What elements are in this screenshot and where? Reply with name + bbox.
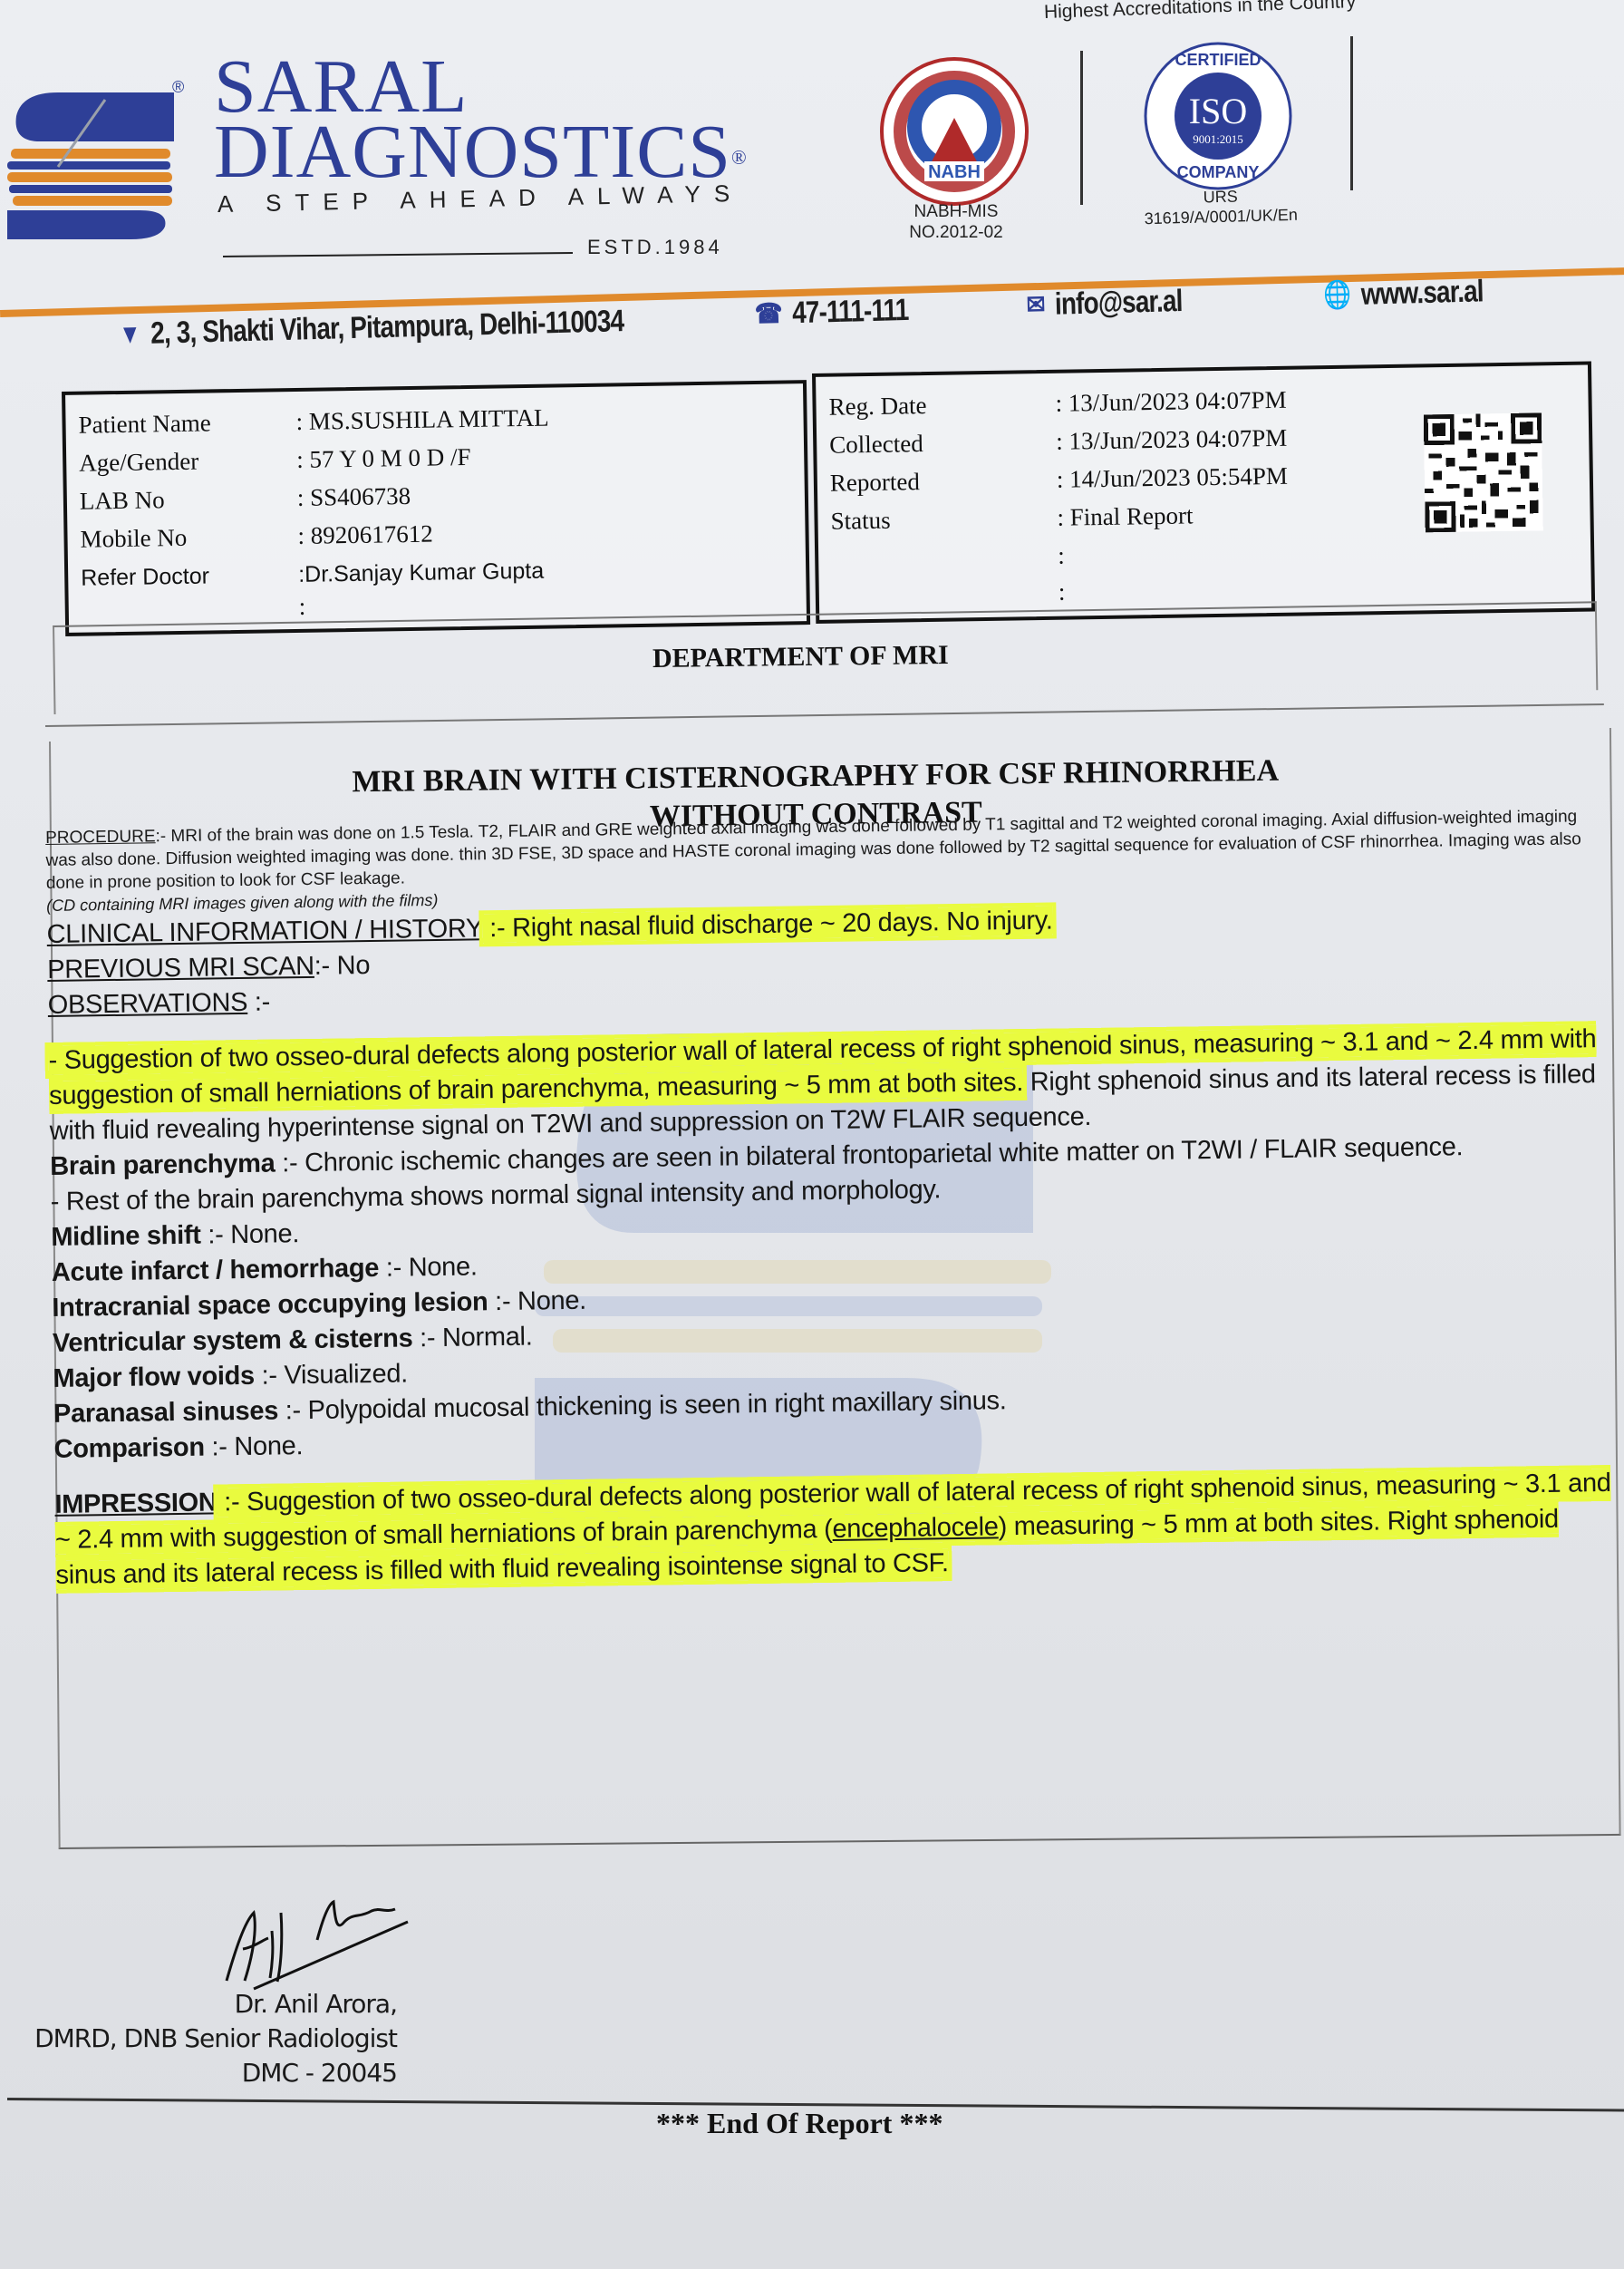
established-year: ESTD.1984 (587, 236, 723, 259)
iso-caption-line-2: 31619/A/0001/UK/En (1116, 204, 1325, 229)
impression-label: IMPRESSION (54, 1488, 217, 1518)
blank-row: : (82, 593, 306, 625)
nabh-text: NABH (928, 162, 981, 182)
phone-icon: ☎ (754, 298, 782, 331)
svg-text:COMPANY: COMPANY (1177, 163, 1260, 181)
signatory-qualification: DMRD, DNB Senior Radiologist (16, 2022, 397, 2056)
previous-label: PREVIOUS MRI SCAN (47, 952, 314, 984)
email-text[interactable]: info@sar.al (1054, 284, 1183, 323)
iso-caption: URS 31619/A/0001/UK/En (1116, 184, 1325, 229)
qr-code-icon[interactable] (1422, 412, 1545, 532)
email: ✉ info@sar.al (1026, 284, 1183, 323)
registered-mark: ® (731, 146, 748, 169)
signatory-block: Dr. Anil Arora, DMRD, DNB Senior Radiolo… (16, 1987, 397, 2090)
address: ▼ 2, 3, Shakti Vihar, Pitampura, Delhi-1… (119, 304, 624, 353)
reported-row: Reported: 14/Jun/2023 05:54PM (830, 462, 1288, 498)
procedure-label: PROCEDURE (45, 827, 156, 848)
accreditations-title: Highest Accreditations in the Country (1044, 0, 1357, 24)
clinical-label: CLINICAL INFORMATION / HISTORY (46, 914, 482, 949)
observations-label: OBSERVATIONS (48, 988, 248, 1020)
patient-name-row: Patient Name: MS.SUSHILA MITTAL (78, 404, 549, 440)
age-gender-row: Age/Gender: 57 Y 0 M 0 D /F (79, 443, 471, 478)
previous-text: :- No (314, 951, 371, 981)
impression-text: :- Suggestion of two osseo-dural defects… (55, 1469, 1611, 1590)
iso-badge-icon: ISO 9001:2015 CERTIFIED COMPANY (1142, 40, 1294, 192)
blank-row: : (832, 578, 1066, 610)
contact-bar: ▼ 2, 3, Shakti Vihar, Pitampura, Delhi-1… (109, 255, 1523, 346)
status-row: Status: Final Report (830, 501, 1193, 535)
signatory-registration: DMC - 20045 (16, 2056, 397, 2090)
encephalocele-underlined: encephalocele (832, 1512, 999, 1544)
accreditation-divider (1350, 36, 1353, 190)
address-text: 2, 3, Shakti Vihar, Pitampura, Delhi-110… (150, 304, 624, 352)
nabh-badge-icon: NABH (877, 54, 1031, 208)
iso-standard: 9001:2015 (1193, 132, 1243, 146)
report-info-box: Reg. Date: 13/Jun/2023 04:07PM Collected… (812, 361, 1595, 623)
saral-logo-icon (4, 83, 176, 239)
blank-row: : (831, 542, 1065, 574)
brand-name: SARAL DIAGNOSTICS® (214, 54, 748, 185)
department-title: DEPARTMENT OF MRI (652, 640, 949, 674)
iso-text: ISO (1189, 91, 1247, 131)
globe-icon: 🌐 (1323, 279, 1351, 312)
phone: ☎ 47-111-111 (754, 293, 909, 332)
location-pin-icon: ▼ (119, 319, 140, 351)
svg-text:CERTIFIED: CERTIFIED (1174, 51, 1261, 69)
clinical-text: :- Right nasal fluid discharge ~ 20 days… (482, 906, 1053, 943)
nabh-caption-line-1: NABH-MIS (888, 201, 1024, 222)
reg-date-row: Reg. Date: 13/Jun/2023 04:07PM (828, 386, 1286, 422)
phone-text: 47-111-111 (792, 293, 909, 331)
envelope-icon: ✉ (1026, 289, 1045, 322)
end-of-report: *** End Of Report *** (656, 2107, 942, 2140)
refer-doctor-row: Refer Doctor:Dr.Sanjay Kumar Gupta (81, 557, 544, 592)
signature-icon (217, 1895, 417, 1994)
report-body: PROCEDURE:- MRI of the brain was done on… (45, 805, 1615, 1594)
collected-row: Collected: 13/Jun/2023 04:07PM (829, 424, 1287, 460)
patient-info-box: Patient Name: MS.SUSHILA MITTAL Age/Gend… (62, 380, 810, 636)
mobile-no-row: Mobile No: 8920617612 (80, 520, 433, 554)
impression: IMPRESSION :- Suggestion of two osseo-du… (54, 1466, 1614, 1594)
lab-no-row: LAB No: SS406738 (80, 482, 411, 516)
website: 🌐 www.sar.al (1323, 274, 1484, 314)
registered-mark: ® (172, 78, 184, 97)
nabh-caption-line-2: NO.2012-02 (888, 222, 1024, 243)
tagline-rule (223, 252, 573, 257)
accreditation-divider (1080, 51, 1083, 205)
signatory-name: Dr. Anil Arora, (16, 1987, 397, 2022)
nabh-caption: NABH-MIS NO.2012-02 (888, 201, 1024, 243)
website-text[interactable]: www.sar.al (1360, 274, 1484, 313)
